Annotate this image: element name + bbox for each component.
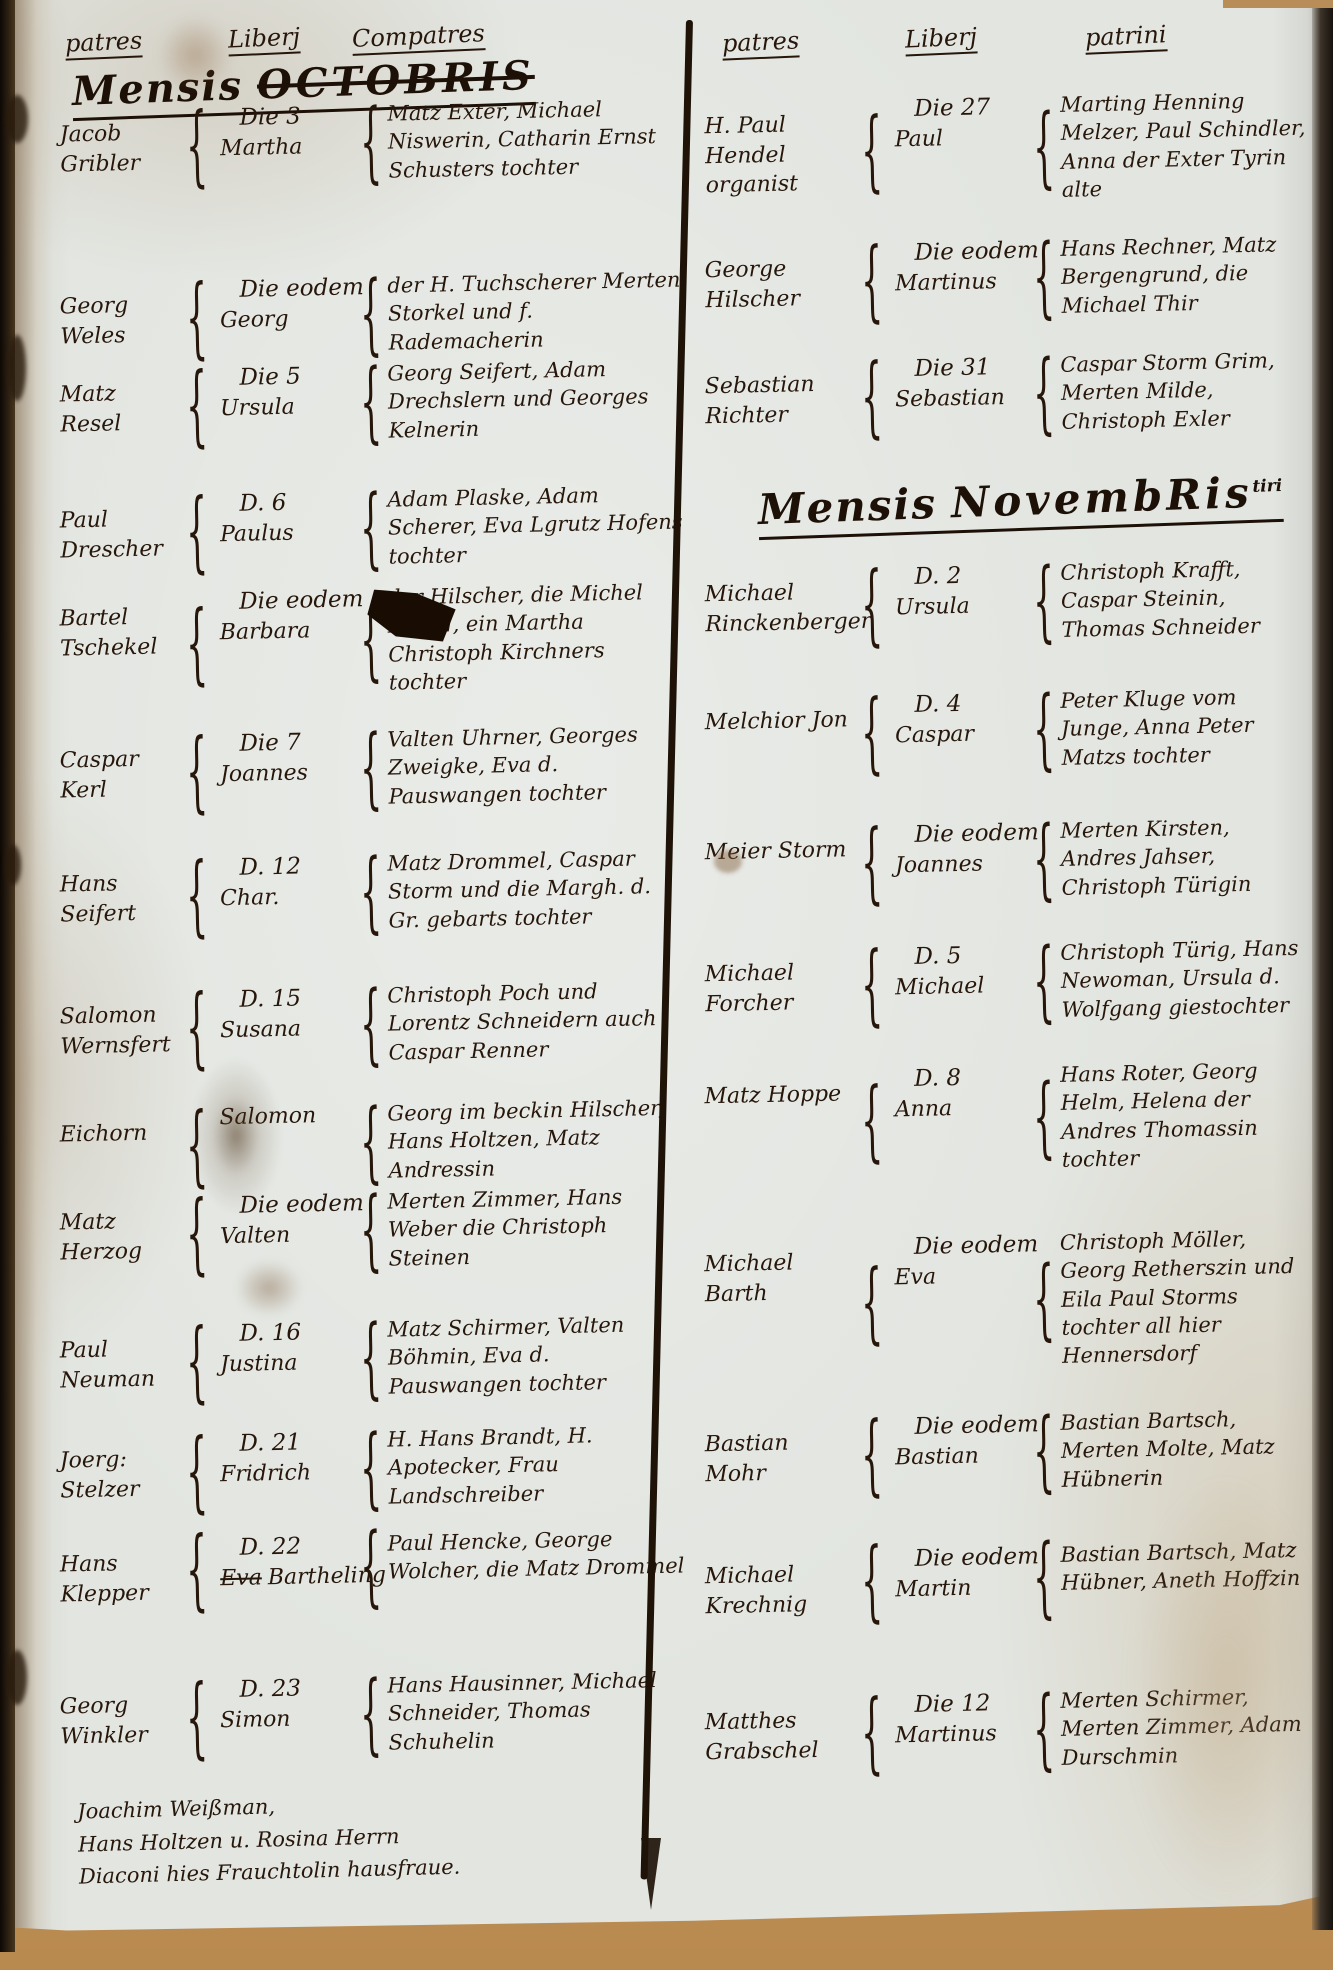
brace-icon: {: [1032, 1533, 1056, 1622]
child-name: Joannes: [895, 849, 1028, 881]
godparents: Bastian Bartsch, Merten Molte, Matz Hübn…: [1060, 1404, 1308, 1494]
entry-date: Die eodem: [914, 1542, 1027, 1575]
baptism-entry: Matz Herzog { Die eodem Valten { Merten …: [59, 1181, 686, 1279]
father-name: Melchior Jon: [704, 691, 855, 738]
brace-icon: {: [359, 358, 383, 447]
baptism-entry: Michael Rinckenberger { D. 2 Ursula { Ch…: [704, 554, 1308, 652]
entry-date: D. 15: [239, 982, 354, 1015]
father-name: Matthes Grabschel: [704, 1691, 856, 1768]
brace-icon: {: [359, 1314, 383, 1403]
godparents: H. Hans Brandt, H. Apotecker, Frau Lands…: [387, 1419, 686, 1510]
baptism-entry: Paul Neuman { D. 16 Justina { Matz Schir…: [59, 1309, 686, 1407]
godparents: Matz Schirmer, Valten Böhmin, Eva d. Pau…: [387, 1309, 686, 1400]
father-name: Michael Forcher: [704, 943, 856, 1020]
brace-icon: {: [860, 1537, 884, 1626]
manuscript-scan: { "left": { "headers": {"col1": "patres"…: [0, 0, 1333, 1970]
father-name: Michael Krechnig: [704, 1545, 856, 1622]
brace-icon: {: [359, 98, 383, 187]
brace-icon: {: [185, 362, 209, 451]
entry-date: Die 27: [914, 92, 1027, 125]
month-superscript: tiri: [1252, 476, 1282, 497]
entry-date: Die 31: [914, 352, 1027, 385]
father-name: George Hilscher: [704, 239, 856, 316]
child-name: Martinus: [895, 1719, 1028, 1751]
godparents: Merten Zimmer, Hans Weber die Christoph …: [387, 1181, 686, 1272]
baptism-entry: Melchior Jon { D. 4 Caspar { Peter Kluge…: [704, 682, 1308, 780]
child-name: Valten: [220, 1219, 355, 1251]
brace-icon: {: [359, 1522, 383, 1611]
entry-date: Die 3: [239, 100, 354, 133]
child-name: Barbara: [219, 615, 354, 647]
godparents: Marting Henning Melzer, Paul Schindler, …: [1060, 86, 1308, 205]
father-name: H. Paul Hendel organist: [704, 95, 856, 201]
godparents: der H. Tuchscherer Merten Storkel und f.…: [387, 265, 686, 356]
month-word: Mensis: [757, 479, 938, 534]
brace-icon: {: [1032, 1407, 1056, 1496]
godparents: Hans Hausinner, Michael Schneider, Thoma…: [387, 1665, 686, 1756]
footer-note: Joachim Weißman, Hans Holtzen u. Rosina …: [77, 1780, 659, 1893]
child-name: Martinus: [895, 267, 1028, 299]
father-name: Eichorn: [59, 1104, 180, 1150]
brace-icon: {: [359, 270, 383, 359]
father-name: Georg Weles: [59, 276, 181, 352]
brace-icon: {: [185, 102, 209, 191]
entry-date: D. 8: [914, 1062, 1027, 1095]
month-name: NovembRis: [950, 468, 1253, 528]
brace-icon: {: [860, 1411, 884, 1500]
divider-ink-wedge: [641, 1838, 661, 1910]
child-name: Joannes: [220, 757, 355, 789]
brace-icon: {: [185, 1674, 209, 1763]
baptism-entry: Meier Storm { Die eodem Joannes { Merten…: [704, 812, 1308, 910]
godparents: Hans Roter, Georg Helm, Helena der Andre…: [1060, 1056, 1308, 1175]
entry-date: Die eodem: [914, 236, 1027, 269]
father-name: Sebastian Richter: [704, 355, 856, 432]
brace-icon: {: [1032, 815, 1056, 904]
entry-date: Die eodem: [914, 1230, 1027, 1263]
baptism-entry: Sebastian Richter { Die 31 Sebastian { C…: [704, 346, 1308, 444]
brace-icon: {: [1032, 1073, 1056, 1162]
child-name: Fridrich: [220, 1457, 355, 1489]
father-name: Bartel Tschekel: [59, 588, 181, 664]
paper-stain: [158, 16, 232, 94]
entry-date: Die eodem: [914, 1410, 1027, 1443]
brace-icon: {: [359, 724, 383, 813]
struck-child-name: Eva: [220, 1565, 262, 1591]
father-name: Matz Hoppe: [704, 1065, 855, 1112]
brace-icon: {: [1032, 233, 1056, 322]
child-name: EvaBartheling: [220, 1561, 355, 1593]
father-name: Michael Barth: [704, 1233, 856, 1310]
binding-wear-mark: [8, 335, 26, 401]
child-name: Simon: [220, 1703, 355, 1735]
brace-icon: {: [1032, 349, 1056, 438]
brace-icon: {: [185, 1190, 209, 1279]
godparents: Peter Kluge vom Junge, Anna Peter Matzs …: [1060, 682, 1308, 772]
brace-icon: {: [1032, 103, 1056, 192]
child-name: Martha: [220, 131, 355, 163]
month-heading-november: MensisNovembRistiri: [757, 467, 1283, 540]
entry-date: D. 4: [914, 688, 1027, 721]
father-name: Salomon Wernsfert: [59, 986, 181, 1062]
father-name: Jacob Gribler: [59, 104, 181, 180]
brace-icon: {: [185, 852, 209, 941]
godparents: Hans Rechner, Matz Bergengrund, die Mich…: [1060, 230, 1308, 320]
left-header-liberj: Liberj: [227, 22, 300, 56]
baptism-entry: Hans Klepper { D. 22 EvaBartheling { Pau…: [59, 1523, 685, 1609]
entry-date: D. 22: [239, 1530, 354, 1563]
entry-date: Die 12: [914, 1688, 1027, 1721]
baptism-entry: Georg Weles { Die eodem Georg { der H. T…: [59, 265, 686, 363]
godparents: Paul Hencke, George Wolcher, die Matz Dr…: [387, 1523, 685, 1603]
baptism-entry: Matz Hoppe { D. 8 Anna { Hans Roter, Geo…: [704, 1056, 1308, 1182]
child-name: Bastian: [895, 1441, 1028, 1473]
brace-icon: {: [359, 1098, 383, 1187]
child-name: Caspar: [895, 719, 1028, 751]
brace-icon: {: [185, 1318, 209, 1407]
godparents: Christoph Türig, Hans Newoman, Ursula d.…: [1060, 934, 1308, 1024]
brace-icon: {: [185, 984, 209, 1073]
child-name: Char.: [220, 881, 355, 913]
child-name: Paul: [894, 123, 1027, 155]
brace-icon: {: [359, 1670, 383, 1759]
godparents: Christoph Poch und Lorentz Schneidern au…: [387, 975, 686, 1066]
baptism-entry: Michael Forcher { D. 5 Michael { Christo…: [704, 934, 1308, 1032]
brace-icon: {: [185, 1526, 209, 1615]
brace-icon: {: [860, 107, 884, 196]
father-name: Paul Neuman: [59, 1320, 181, 1396]
brace-icon: {: [359, 980, 383, 1069]
brace-icon: {: [185, 274, 209, 363]
father-name: Bastian Mohr: [704, 1413, 856, 1490]
child-name: Ursula: [220, 391, 355, 423]
paper-stain: [1130, 1480, 1320, 1900]
entry-date: Die eodem: [239, 584, 354, 617]
baptism-entry: Michael Barth { Die eodem Eva { Christop…: [704, 1224, 1309, 1378]
baptism-entry: Caspar Kerl { Die 7 Joannes { Valten Uhr…: [59, 719, 686, 817]
child-name: Sebastian: [895, 383, 1028, 415]
binding-wear-mark: [5, 845, 21, 885]
godparents: Merten Kirsten, Andres Jahser, Christoph…: [1060, 812, 1308, 902]
brace-icon: {: [860, 1259, 884, 1348]
brace-icon: {: [860, 941, 884, 1030]
child-name: Anna: [894, 1093, 1027, 1125]
right-header-patres: patres: [721, 26, 800, 60]
godparents: Georg Seifert, Adam Drechslern und Georg…: [387, 353, 686, 444]
right-header-patrini: patrini: [1084, 20, 1167, 55]
brace-icon: {: [1032, 557, 1056, 646]
page-block-edge: [1312, 0, 1333, 1930]
baptism-entry: Joerg: Stelzer { D. 21 Fridrich { H. Han…: [59, 1419, 686, 1517]
entry-date: D. 23: [239, 1672, 354, 1705]
father-name: Michael Rinckenberger: [704, 563, 856, 640]
register-page: patres Liberj Compatres MensisOCTOBRIS J…: [0, 0, 1333, 1952]
brace-icon: {: [860, 1689, 884, 1778]
entry-date: Die 5: [239, 360, 354, 393]
brace-icon: {: [1032, 937, 1056, 1026]
father-name: Hans Klepper: [59, 1534, 181, 1610]
paper-stain: [714, 850, 742, 873]
baptism-entry: Eichorn { Salomon { Georg im beckin Hils…: [59, 1093, 686, 1191]
entry-date: Die eodem: [914, 818, 1027, 851]
godparents: Adam Plaske, Adam Scherer, Eva Lgrutz Ho…: [387, 479, 686, 570]
godparents: Christoph Krafft, Caspar Steinin, Thomas…: [1060, 554, 1308, 644]
brace-icon: {: [860, 353, 884, 442]
baptism-entry: Matz Resel { Die 5 Ursula { Georg Seifer…: [59, 353, 686, 451]
brace-icon: {: [860, 561, 884, 650]
baptism-entry: Jacob Gribler { Die 3 Martha { Matz Exte…: [59, 93, 686, 191]
child-name: Justina: [220, 1347, 355, 1379]
left-header-patres: patres: [64, 26, 143, 60]
brace-icon: {: [860, 819, 884, 908]
godparents: Valten Uhrner, Georges Zweigke, Eva d. P…: [387, 719, 686, 810]
entry-date: D. 2: [914, 560, 1027, 593]
child-name: Michael: [895, 971, 1028, 1003]
entry-date: D. 6: [239, 486, 354, 519]
baptism-entry: H. Paul Hendel organist { Die 27 Paul { …: [704, 86, 1308, 212]
father-name: Matz Herzog: [59, 1192, 181, 1268]
child-name: Martin: [895, 1573, 1028, 1605]
brace-icon: {: [185, 728, 209, 817]
brace-icon: {: [359, 1186, 383, 1275]
child-name: Paulus: [220, 517, 355, 549]
brace-icon: {: [1032, 685, 1056, 774]
brace-icon: {: [359, 1424, 383, 1513]
baptism-entry: Salomon Wernsfert { D. 15 Susana { Chris…: [59, 975, 686, 1073]
child-name: Eva: [894, 1261, 1027, 1293]
father-name: Matz Resel: [59, 364, 181, 440]
godparents: Caspar Storm Grim, Merten Milde, Christo…: [1060, 346, 1308, 436]
father-name: Caspar Kerl: [59, 730, 181, 806]
baptism-entry: Georg Winkler { D. 23 Simon { Hans Hausi…: [59, 1665, 686, 1763]
brace-icon: {: [359, 484, 383, 573]
brace-icon: {: [359, 848, 383, 937]
ink-smudge: [236, 1260, 302, 1316]
baptism-entry: Hans Seifert { D. 12 Char. { Matz Dromme…: [59, 843, 686, 941]
godparents: Matz Drommel, Caspar Storm und die Margh…: [387, 843, 686, 934]
baptism-entry: Paul Drescher { D. 6 Paulus { Adam Plask…: [59, 479, 686, 577]
father-name: Joerg: Stelzer: [59, 1430, 181, 1506]
godparents: Christoph Möller, Georg Retherszin und E…: [1060, 1224, 1309, 1371]
right-header-liberj: Liberj: [904, 22, 977, 56]
father-name: Hans Seifert: [59, 854, 181, 930]
brace-icon: {: [860, 689, 884, 778]
brace-icon: {: [860, 1077, 884, 1166]
entry-date: Die eodem: [239, 272, 354, 305]
brace-icon: {: [185, 600, 209, 689]
brace-icon: {: [185, 488, 209, 577]
father-name: Georg Winkler: [59, 1676, 181, 1752]
left-header-compatres: Compatres: [351, 19, 485, 56]
table-wood-sliver: [1223, 0, 1333, 8]
brace-icon: {: [1032, 1256, 1056, 1345]
brace-icon: {: [1032, 1685, 1056, 1774]
godparents: Matz Exter, Michael Niswerin, Catharin E…: [387, 93, 686, 184]
entry-date: Die 7: [239, 726, 354, 759]
child-name: Georg: [220, 303, 355, 335]
baptism-entry: George Hilscher { Die eodem Martinus { H…: [704, 230, 1308, 328]
entry-date: D. 16: [239, 1316, 354, 1349]
binding-wear-mark: [6, 95, 28, 143]
binding-wear-mark: [7, 1650, 27, 1705]
father-name: Paul Drescher: [59, 490, 181, 566]
godparents: Georg im beckin Hilscher, Hans Holtzen, …: [387, 1093, 686, 1184]
brace-icon: {: [860, 237, 884, 326]
entry-date: D. 5: [914, 940, 1027, 973]
brace-icon: {: [185, 1428, 209, 1517]
child-name: Susana: [220, 1013, 355, 1045]
entry-date: D. 21: [239, 1426, 354, 1459]
entry-date: D. 12: [239, 850, 354, 883]
child-name: Ursula: [895, 591, 1028, 623]
